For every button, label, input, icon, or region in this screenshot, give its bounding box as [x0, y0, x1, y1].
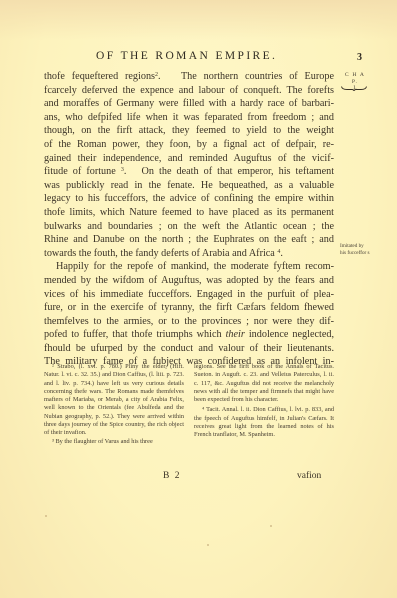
- footnote-mark[interactable]: 4: [277, 249, 280, 255]
- side-note: Imitated by his fucceffor s: [340, 243, 395, 256]
- printer-signature: B 2: [163, 471, 181, 481]
- text-line: fure, or in the exercife of tyranny, the…: [44, 301, 334, 315]
- text-line: gained their independence, and reminded …: [44, 152, 334, 166]
- text-line: though, on the firft attack, they feemed…: [44, 124, 334, 138]
- brace-icon: [341, 86, 367, 91]
- footnotes-right-column: legions. See the firft book of the Annal…: [194, 363, 334, 440]
- text-line: bulwarks and boundaries ; on the weft th…: [44, 220, 334, 234]
- text-line: fhould be ufurped by the conduct and val…: [44, 342, 334, 356]
- footnotes-left-column: ² Strabo, (l. xvi. p. 780.) Pliny the el…: [44, 363, 184, 446]
- text-line: vices of his immediate fucceffors. Engag…: [44, 288, 334, 302]
- chapter-label: C H A P.: [345, 72, 365, 85]
- catchword: vafion: [297, 471, 321, 481]
- text-line: pofed to fuffer, that thofe triumphs whi…: [44, 328, 334, 342]
- text-line: legacy to his fucceffors, the advice of …: [44, 192, 334, 206]
- footnote-mark[interactable]: 3: [121, 167, 124, 173]
- footnote-3-continued: legions. See the firft book of the Annal…: [194, 363, 334, 404]
- text-line: mended by the wifdom of Auguftus, was ad…: [44, 274, 334, 288]
- paper-speck: [207, 544, 209, 546]
- page-number: 3: [357, 52, 362, 63]
- paper-speck: [270, 525, 272, 527]
- text-line: thofe fequeftered regions2. The northern…: [44, 70, 334, 84]
- footnote-mark[interactable]: 2: [155, 72, 158, 78]
- text-line: Happily for the repofe of mankind, the m…: [44, 260, 334, 274]
- text-line: thofe limits, which Nature feemed to hav…: [44, 206, 334, 220]
- footnote-3: ³ By the flaughter of Varus and his thre…: [44, 438, 184, 446]
- text-line: fcarcely deferved the expence and labour…: [44, 84, 334, 98]
- running-title: OF THE ROMAN EMPIRE.: [96, 50, 277, 62]
- text-line: fitude of fortune 3. On the death of tha…: [44, 165, 334, 179]
- text-line: Rhine and Danube on the north ; the Euph…: [44, 233, 334, 247]
- side-note-line-2: his fucceffor s: [340, 250, 395, 257]
- running-head: OF THE ROMAN EMPIRE. 3: [0, 50, 397, 66]
- text-line: ans, who defpifed life when it was fepar…: [44, 111, 334, 125]
- text-line: themfelves to the armies, or to the prov…: [44, 315, 334, 329]
- italic-word: their: [226, 329, 245, 340]
- text-line: was publickly read in the fenate. He beq…: [44, 179, 334, 193]
- footnote-2: ² Strabo, (l. xvi. p. 780.) Pliny the el…: [44, 363, 184, 438]
- text-line: of the Roman power, they foon, by a fign…: [44, 138, 334, 152]
- page-top-shading: [0, 0, 397, 40]
- text-line: and moraffes of Germany were filled with…: [44, 97, 334, 111]
- body-text: thofe fequeftered regions2. The northern…: [44, 70, 334, 369]
- footnote-4: ⁴ Tacit. Annal. l. ii. Dion Caffius, l. …: [194, 406, 334, 439]
- paper-speck: [45, 515, 47, 517]
- text-line: towards the fouth, the fandy deferts of …: [44, 247, 334, 261]
